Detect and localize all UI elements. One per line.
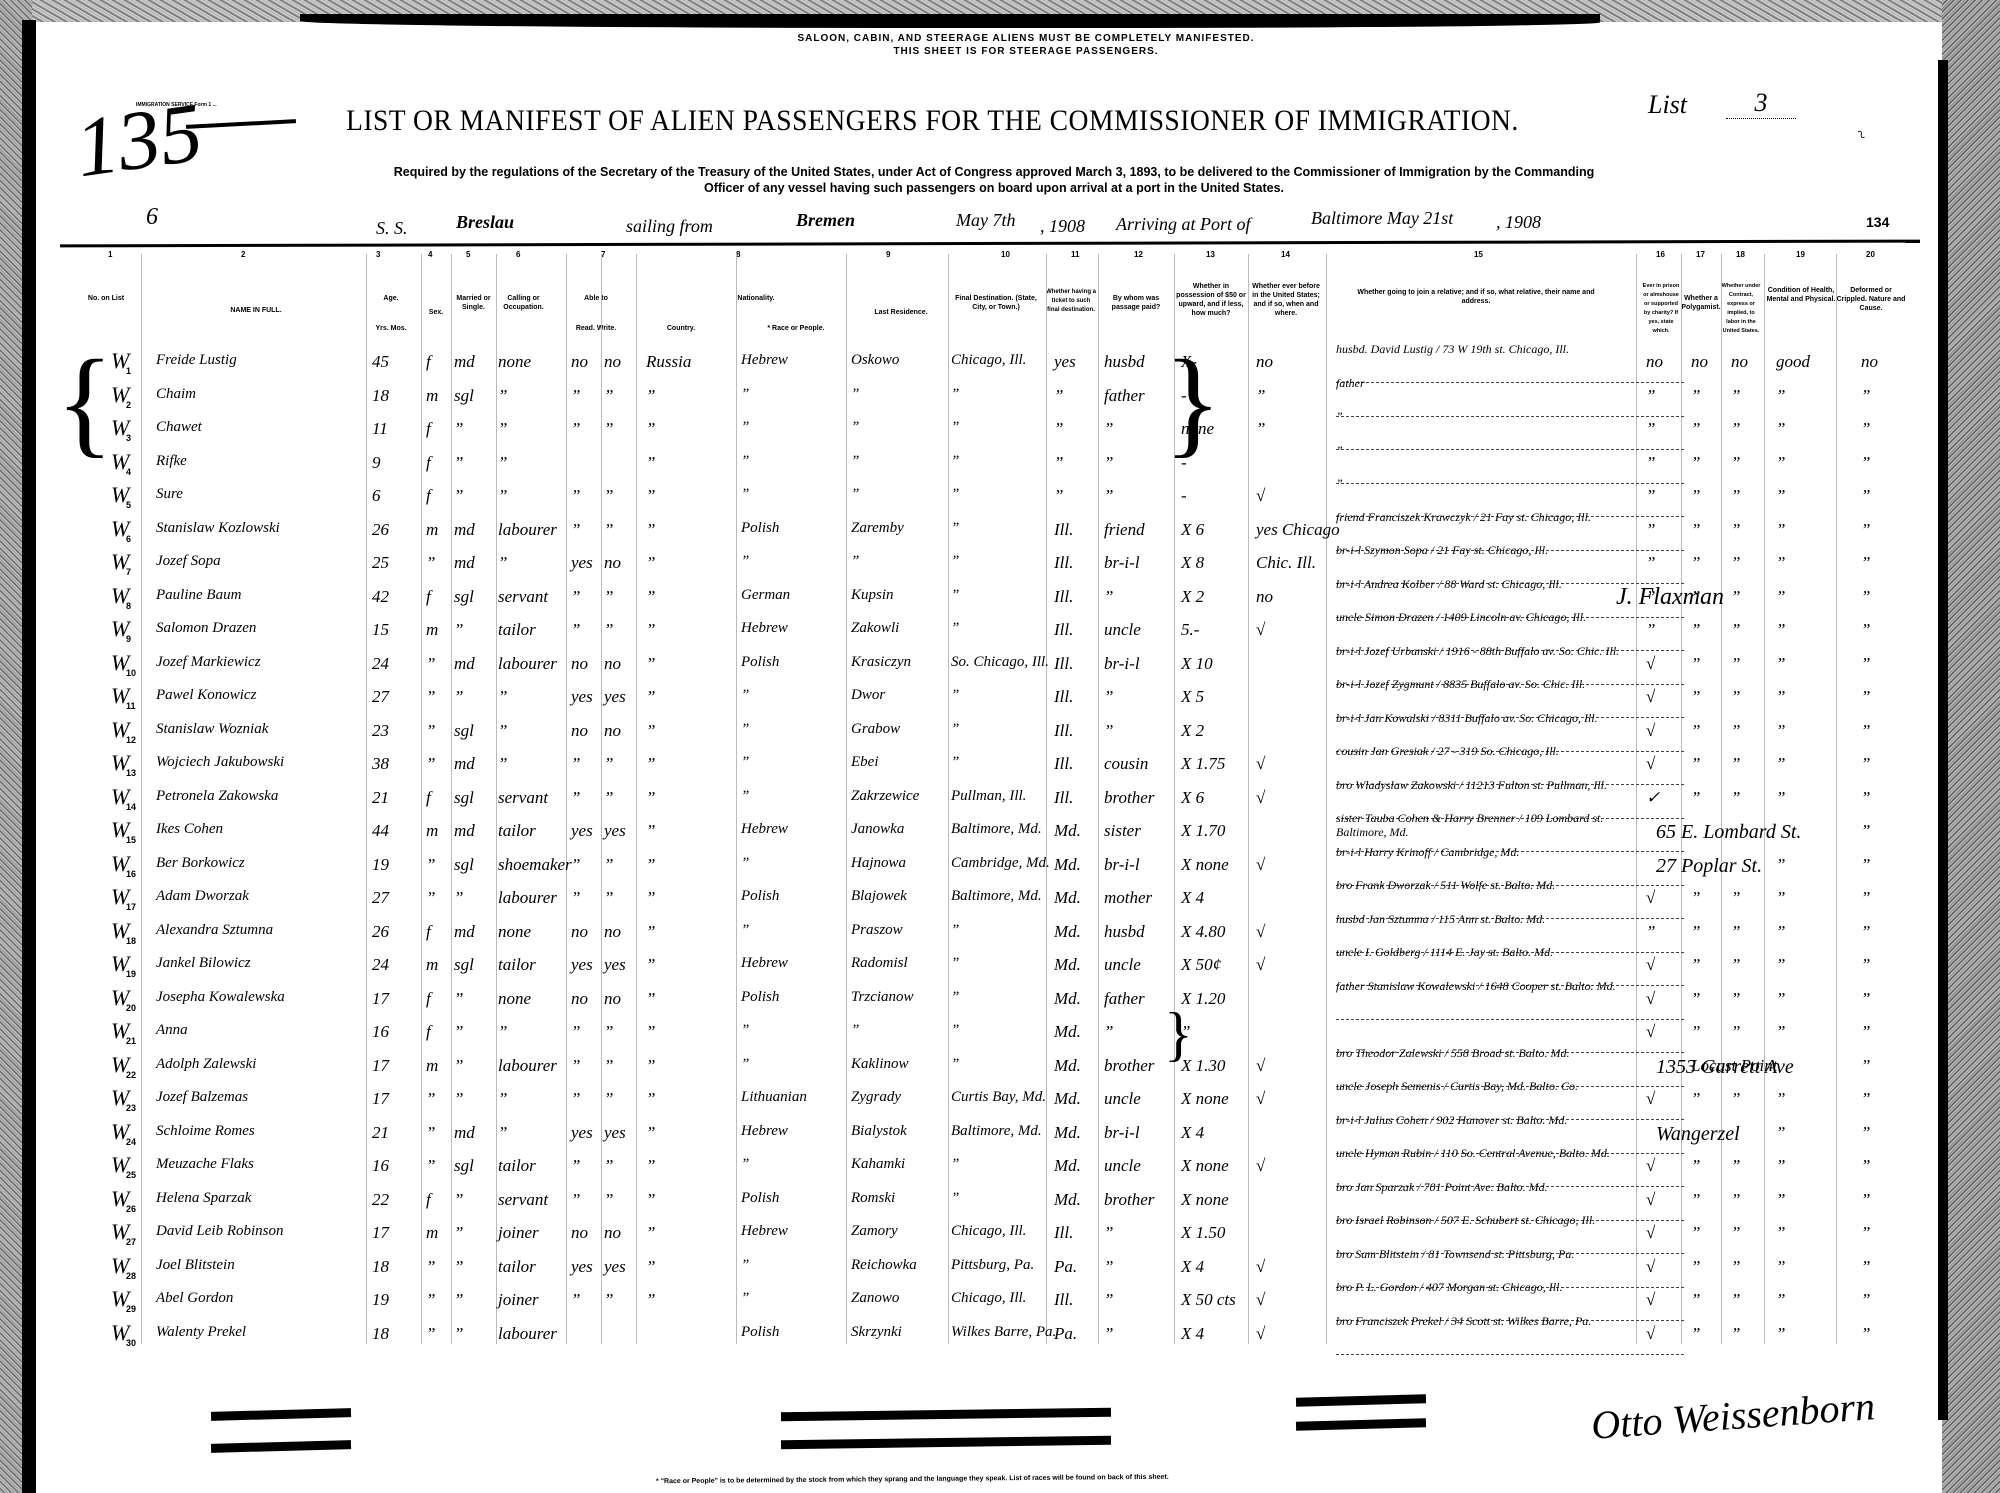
cell-residence: ”: [851, 486, 859, 503]
cell-destination: ”: [951, 1156, 959, 1173]
cell-before: √: [1256, 955, 1265, 975]
cell-name: Ber Borkowicz: [156, 855, 245, 872]
cell-read: yes: [571, 553, 593, 573]
cell-read: yes: [571, 687, 593, 707]
cell-paid: ”: [1104, 419, 1113, 439]
cell-write: yes: [604, 687, 626, 707]
cell-age: 9: [372, 453, 381, 473]
cell-paid: ”: [1104, 687, 1113, 707]
cell-no: 18: [126, 936, 136, 946]
cell-residence: Zamory: [851, 1223, 898, 1240]
cell-residence: Kupsin: [851, 587, 894, 604]
cell-sex: f: [426, 1022, 431, 1042]
cell-ticket: Md.: [1054, 989, 1081, 1009]
cell-age: 27: [372, 687, 389, 707]
cell-no: 13: [126, 768, 136, 778]
cell-race: Hebrew: [741, 821, 788, 838]
cell-married: ”: [454, 1022, 463, 1042]
cell-name: Abel Gordon: [156, 1290, 233, 1307]
cell-money: X 4: [1181, 888, 1204, 908]
table-row: W15Ikes Cohen44mmdtailoryesyes”HebrewJan…: [36, 821, 1936, 853]
cell-age: 16: [372, 1022, 389, 1042]
cell-p2: ”: [1691, 1022, 1700, 1042]
cell-married: ”: [454, 1223, 463, 1243]
cell-read: ”: [571, 587, 580, 607]
cell-paid: brother: [1104, 1056, 1154, 1076]
header-final-destination: Final Destination. (State, City, or Town…: [951, 294, 1041, 312]
cell-p3: ”: [1731, 386, 1740, 406]
cell-money: X 50 cts: [1181, 1290, 1236, 1310]
col-num: 17: [1696, 250, 1705, 259]
cell-occupation: ”: [498, 386, 507, 406]
cell-p1: ”: [1646, 620, 1655, 640]
cell-p2: ”: [1691, 1156, 1700, 1176]
cell-before: √: [1256, 620, 1265, 640]
cell-no: 10: [126, 668, 136, 678]
table-row: W21Anna16f””””””””Md.””√””””: [36, 1022, 1936, 1054]
cell-ticket: Ill.: [1054, 654, 1073, 674]
table-row: W28Joel Blitstein18””tailoryesyes””Reich…: [36, 1257, 1936, 1289]
cell-country: ”: [646, 1022, 655, 1042]
cell-ticket: Ill.: [1054, 1223, 1073, 1243]
cell-residence: ”: [851, 419, 859, 436]
cell-ticket: Ill.: [1054, 721, 1073, 741]
cell-destination: ”: [951, 1190, 959, 1207]
cell-deformed: ”: [1861, 1257, 1870, 1277]
regulation-line-2: Officer of any vessel having such passen…: [124, 180, 1864, 196]
cell-paid: ”: [1104, 453, 1113, 473]
cell-money: X 10: [1181, 654, 1213, 674]
sailing-year: , 1908: [1040, 216, 1085, 237]
cell-p1: ”: [1646, 453, 1655, 473]
cell-deformed: ”: [1861, 922, 1870, 942]
cell-sex: m: [426, 620, 438, 640]
cell-read: ”: [571, 1156, 580, 1176]
cell-deformed: ”: [1861, 453, 1870, 473]
cell-destination: ”: [951, 922, 959, 939]
cell-sex: m: [426, 821, 438, 841]
regulation-line-1: Required by the regulations of the Secre…: [124, 164, 1864, 180]
cell-relative: uncle Joseph Semenis / Curtis Bay, Md. B…: [1336, 1079, 1636, 1093]
cell-age: 17: [372, 1056, 389, 1076]
table-row: W22Adolph Zalewski17m”labourer””””Kaklin…: [36, 1056, 1936, 1088]
family-brace: }: [1164, 342, 1222, 462]
col-num: 9: [886, 250, 890, 259]
cell-race: ”: [741, 1022, 749, 1039]
cell-residence: Hajnowa: [851, 855, 906, 872]
cell-p2: ”: [1691, 419, 1700, 439]
column-numbers: 1 2 3 4 5 6 7 8 9 10 11 12 13 14 15 16 1…: [36, 250, 1936, 264]
cell-p2: ”: [1691, 654, 1700, 674]
header-ticket: Whether having a ticket to such final de…: [1046, 288, 1096, 315]
cell-residence: Blajowek: [851, 888, 907, 905]
cell-married: ”: [454, 1190, 463, 1210]
cell-p3: ”: [1731, 1324, 1740, 1344]
table-row: W18Alexandra Sztumna26fmdnonenono””Prasz…: [36, 922, 1936, 954]
cell-age: 15: [372, 620, 389, 640]
cell-read: no: [571, 922, 588, 942]
cell-name: Joel Blitstein: [156, 1257, 235, 1274]
page-number: 134: [1866, 214, 1889, 230]
cell-deformed: ”: [1861, 386, 1870, 406]
cell-write: ”: [604, 419, 613, 439]
cell-sex: ”: [426, 888, 435, 908]
cell-sex: f: [426, 788, 431, 808]
cell-occupation: labourer: [498, 1056, 557, 1076]
table-row: W6Stanislaw Kozlowski26mmdlabourer”””Pol…: [36, 520, 1936, 552]
cell-paid: uncle: [1104, 1089, 1141, 1109]
cell-race: Hebrew: [741, 1123, 788, 1140]
cell-married: ”: [454, 453, 463, 473]
end-bar: [781, 1436, 1111, 1450]
cell-health: ”: [1776, 754, 1785, 774]
cell-occupation: servant: [498, 788, 548, 808]
end-bar: [1296, 1418, 1426, 1430]
header-money: Whether in possession of $50 or upward, …: [1176, 282, 1246, 318]
cell-read: yes: [571, 955, 593, 975]
cell-money: X 2: [1181, 587, 1204, 607]
cell-paid: br-i-l: [1104, 654, 1140, 674]
end-bar: [781, 1408, 1111, 1422]
cell-destination: ”: [951, 587, 959, 604]
cell-destination: Chicago, Ill.: [951, 352, 1026, 369]
sailing-date: May 7th: [956, 210, 1015, 231]
cell-name: Chawet: [156, 419, 202, 436]
cell-sex: ”: [426, 855, 435, 875]
cell-race: ”: [741, 419, 749, 436]
cell-residence: Praszow: [851, 922, 903, 939]
cell-country: ”: [646, 1190, 655, 1210]
cell-p2: ”: [1691, 888, 1700, 908]
cell-health: ”: [1776, 1022, 1785, 1042]
cell-deformed: ”: [1861, 989, 1870, 1009]
cell-money: X 1.75: [1181, 754, 1225, 774]
header-no-on-list: No. on List: [86, 294, 126, 303]
cell-p3: ”: [1731, 520, 1740, 540]
top-notice-line-2: THIS SHEET IS FOR STEERAGE PASSENGERS.: [676, 45, 1376, 58]
cell-p1: √: [1646, 1223, 1655, 1243]
cell-paid: husbd: [1104, 922, 1145, 942]
cell-before: √: [1256, 1290, 1265, 1310]
cell-relative: husbd. David Lustig / 73 W 19th st. Chic…: [1336, 342, 1636, 356]
cell-health: ”: [1776, 1223, 1785, 1243]
cell-p1: ✓: [1646, 788, 1660, 808]
cell-race: ”: [741, 386, 749, 403]
cell-sex: ”: [426, 1324, 435, 1344]
cell-occupation: tailor: [498, 1156, 536, 1176]
cell-write: ”: [604, 754, 613, 774]
cell-relative: father Stanislaw Kowalewski / 1648 Coope…: [1336, 979, 1636, 993]
cell-race: ”: [741, 1257, 749, 1274]
cell-country: ”: [646, 1257, 655, 1277]
cell-occupation: ”: [498, 419, 507, 439]
cell-relative: bro Wladyslaw Zakowski / 11213 Fulton st…: [1336, 778, 1636, 792]
cell-paid: friend: [1104, 520, 1145, 540]
cell-ticket: Md.: [1054, 1089, 1081, 1109]
table-row: W12Stanislaw Wozniak23”sgl”nono””Grabow”…: [36, 721, 1936, 753]
cell-name: David Leib Robinson: [156, 1223, 284, 1240]
table-row: W1Freide Lustig45fmdnonenonoRussiaHebrew…: [36, 352, 1936, 384]
cell-ticket: ”: [1054, 419, 1063, 439]
cell-read: ”: [571, 1089, 580, 1109]
cell-deformed: ”: [1861, 721, 1870, 741]
top-notice-line-1: SALOON, CABIN, AND STEERAGE ALIENS MUST …: [676, 32, 1376, 45]
cell-destination: ”: [951, 620, 959, 637]
header-polygamist: Whether a Polygamist.: [1681, 294, 1721, 312]
cell-p3: ”: [1731, 620, 1740, 640]
cell-race: Hebrew: [741, 620, 788, 637]
cell-name: Jozef Markiewicz: [156, 654, 261, 671]
cell-married: md: [454, 520, 475, 540]
cell-age: 42: [372, 587, 389, 607]
cell-residence: Zakrzewice: [851, 788, 919, 805]
table-row: W7Jozef Sopa25”md”yesno””””Ill.br-i-lX 8…: [36, 553, 1936, 585]
cell-ticket: Ill.: [1054, 587, 1073, 607]
cell-relative: uncle I. Goldberg / 1114 E. Jay st. Balt…: [1336, 945, 1636, 959]
cell-destination: ”: [951, 520, 959, 537]
cell-married: md: [454, 654, 475, 674]
cell-no: 25: [126, 1170, 136, 1180]
cell-paid: br-i-l: [1104, 855, 1140, 875]
cell-race: ”: [741, 687, 749, 704]
cell-no: 24: [126, 1137, 136, 1147]
cell-health: ”: [1776, 419, 1785, 439]
cell-name: Stanislaw Wozniak: [156, 721, 268, 738]
cell-read: ”: [571, 1290, 580, 1310]
cell-ticket: yes: [1054, 352, 1076, 372]
col-num: 18: [1736, 250, 1745, 259]
cell-married: sgl: [454, 386, 474, 406]
end-bar: [1296, 1394, 1426, 1406]
cell-name: Chaim: [156, 386, 196, 403]
cell-race: ”: [741, 486, 749, 503]
cell-destination: Chicago, Ill.: [951, 1223, 1026, 1240]
cell-p2: Locust Point: [1691, 1056, 1777, 1076]
cell-sex: f: [426, 453, 431, 473]
cell-residence: Bialystok: [851, 1123, 907, 1140]
cell-residence: Grabow: [851, 721, 900, 738]
cell-write: ”: [604, 855, 613, 875]
cell-married: ”: [454, 989, 463, 1009]
top-notice: SALOON, CABIN, AND STEERAGE ALIENS MUST …: [676, 32, 1376, 58]
header-married: Married or Single.: [451, 294, 496, 312]
cell-p1: √: [1646, 1257, 1655, 1277]
cell-country: ”: [646, 1156, 655, 1176]
cell-money: X 1.70: [1181, 821, 1225, 841]
cell-read: ”: [571, 788, 580, 808]
cell-destination: ”: [951, 955, 959, 972]
manifest-sheet: SALOON, CABIN, AND STEERAGE ALIENS MUST …: [36, 24, 1940, 1484]
end-bar: [211, 1408, 351, 1421]
cell-p2: ”: [1691, 386, 1700, 406]
cell-occupation: joiner: [498, 1223, 539, 1243]
cell-name: Rifke: [156, 453, 187, 470]
cell-country: ”: [646, 620, 655, 640]
cell-married: ”: [454, 1290, 463, 1310]
cell-residence: ”: [851, 553, 859, 570]
cell-ticket: ”: [1054, 386, 1063, 406]
col-num: 13: [1206, 250, 1215, 259]
cell-before: √: [1256, 788, 1265, 808]
cell-occupation: tailor: [498, 955, 536, 975]
cell-write: no: [604, 922, 621, 942]
cell-married: ”: [454, 486, 463, 506]
table-row: W10Jozef Markiewicz24”mdlabourernono”Pol…: [36, 654, 1936, 686]
cell-country: ”: [646, 453, 655, 473]
cell-deformed: ”: [1861, 587, 1870, 607]
cell-health: ”: [1776, 520, 1785, 540]
cell-health: ”: [1776, 989, 1785, 1009]
cell-age: 22: [372, 1190, 389, 1210]
cell-no: 15: [126, 835, 136, 845]
cell-money: 5.-: [1181, 620, 1199, 640]
cell-country: ”: [646, 754, 655, 774]
cell-name: Stanislaw Kozlowski: [156, 520, 280, 537]
cell-sex: ”: [426, 1089, 435, 1109]
cell-health: ”: [1776, 553, 1785, 573]
cell-p3: ”: [1731, 1223, 1740, 1243]
cell-paid: ”: [1104, 1223, 1113, 1243]
cell-age: 24: [372, 654, 389, 674]
cell-destination: ”: [951, 1022, 959, 1039]
cell-relative: ”: [1336, 443, 1636, 457]
cell-age: 26: [372, 922, 389, 942]
col-num: 3: [376, 250, 380, 259]
cell-age: 6: [372, 486, 381, 506]
cell-paid: brother: [1104, 1190, 1154, 1210]
cell-p1: √: [1646, 721, 1655, 741]
cell-health: ”: [1776, 1089, 1785, 1109]
cell-deformed: ”: [1861, 955, 1870, 975]
cell-p2: ”: [1691, 687, 1700, 707]
cell-age: 45: [372, 352, 389, 372]
cell-relative: bro Jan Sparzak / 701 Point Ave. Balto. …: [1336, 1180, 1636, 1194]
cell-p1: ”: [1646, 386, 1655, 406]
cell-no: 20: [126, 1003, 136, 1013]
cell-write: ”: [604, 788, 613, 808]
cell-relative: br-i-l Harry Krinoff / Cambridge, Md.: [1336, 845, 1636, 859]
cell-p3: ”: [1731, 486, 1740, 506]
col-num: 5: [466, 250, 470, 259]
cell-name: Sure: [156, 486, 183, 503]
cell-relative: br-i-l Jan Kowalski / 8311 Buffalo av. S…: [1336, 711, 1636, 725]
header-prison: Ever in prison or almshouse or supported…: [1641, 282, 1681, 336]
cell-ticket: Md.: [1054, 1056, 1081, 1076]
cell-p3: ”: [1731, 955, 1740, 975]
cell-p2: ”: [1691, 1290, 1700, 1310]
cell-married: md: [454, 553, 475, 573]
cell-residence: Trzcianow: [851, 989, 914, 1006]
cell-p3: ”: [1731, 1089, 1740, 1109]
cell-p1: √: [1646, 687, 1655, 707]
cell-destination: Cambridge, Md.: [951, 855, 1050, 872]
cell-married: ”: [454, 1056, 463, 1076]
cell-sex: f: [426, 989, 431, 1009]
table-row: W25Meuzache Flaks16”sgltailor””””Kahamki…: [36, 1156, 1936, 1188]
cell-before: √: [1256, 1089, 1265, 1109]
cell-race: Polish: [741, 888, 779, 905]
cell-p1: ”: [1646, 922, 1655, 942]
cell-sex: ”: [426, 654, 435, 674]
cell-write: no: [604, 989, 621, 1009]
cell-married: md: [454, 922, 475, 942]
table-row: W30Walenty Prekel18””labourerPolishSkrzy…: [36, 1324, 1936, 1356]
cell-age: 23: [372, 721, 389, 741]
cell-health: ”: [1776, 1257, 1785, 1277]
cell-before: yes Chicago: [1256, 520, 1340, 540]
cell-destination: ”: [951, 754, 959, 771]
cell-residence: Kahamki: [851, 1156, 905, 1173]
cell-money: X none: [1181, 1190, 1229, 1210]
cell-read: no: [571, 989, 588, 1009]
cell-married: md: [454, 1123, 475, 1143]
cell-p1: √: [1646, 955, 1655, 975]
cell-relative: br-i-l Szymon Sopa / 21 Fay st. Chicago,…: [1336, 543, 1636, 557]
cell-p1: 65 E. Lombard St.: [1656, 821, 1801, 844]
cell-no: 30: [126, 1338, 136, 1348]
cell-deformed: ”: [1861, 1056, 1870, 1076]
cell-ticket: Ill.: [1054, 687, 1073, 707]
cell-deformed: ”: [1861, 754, 1870, 774]
cell-p1: ”: [1646, 486, 1655, 506]
cell-before: ”: [1256, 386, 1265, 406]
cell-sex: ”: [426, 553, 435, 573]
cell-health: ”: [1776, 620, 1785, 640]
cell-p3: ”: [1731, 721, 1740, 741]
cell-no: 4: [126, 467, 131, 477]
cell-no: 17: [126, 902, 136, 912]
cell-relative: bro Sam Blitstein / 81 Townsend st. Pitt…: [1336, 1247, 1636, 1261]
cell-occupation: ”: [498, 721, 507, 741]
cell-read: ”: [571, 620, 580, 640]
cell-country: ”: [646, 922, 655, 942]
cell-name: Salomon Drazen: [156, 620, 256, 637]
cell-residence: Zaremby: [851, 520, 904, 537]
cell-residence: Zygrady: [851, 1089, 901, 1106]
cell-destination: ”: [951, 386, 959, 403]
cell-age: 38: [372, 754, 389, 774]
cell-sex: m: [426, 1056, 438, 1076]
cell-name: Wojciech Jakubowski: [156, 754, 284, 771]
cell-country: ”: [646, 1123, 655, 1143]
cell-race: ”: [741, 788, 749, 805]
table-row: W29Abel Gordon19””joiner””””ZanowoChicag…: [36, 1290, 1936, 1322]
cell-destination: ”: [951, 721, 959, 738]
cell-race: Polish: [741, 1190, 779, 1207]
cell-relative: father: [1336, 376, 1636, 390]
cell-sex: ”: [426, 1156, 435, 1176]
cell-married: md: [454, 352, 475, 372]
cell-country: ”: [646, 520, 655, 540]
table-row: W20Josepha Kowalewska17f”nonenono”Polish…: [36, 989, 1936, 1021]
cell-p2: ”: [1691, 520, 1700, 540]
cell-occupation: ”: [498, 687, 507, 707]
cell-sex: f: [426, 419, 431, 439]
cell-residence: Romski: [851, 1190, 895, 1207]
cell-p3: ”: [1731, 1156, 1740, 1176]
cell-relative: cousin Jan Gresiak / 27 - 319 So. Chicag…: [1336, 744, 1636, 758]
col-num: 6: [516, 250, 520, 259]
cell-paid: uncle: [1104, 620, 1141, 640]
cell-write: ”: [604, 386, 613, 406]
cell-relative: sister Tauba Cohen & Harry Brenner / 109…: [1336, 811, 1636, 839]
cell-p3: ”: [1731, 1290, 1740, 1310]
cell-p1: √: [1646, 654, 1655, 674]
cell-name: Adam Dworzak: [156, 888, 249, 905]
cell-relative: br-i-l Jozef Urbanski / 1916 - 88th Buff…: [1336, 644, 1636, 658]
cell-race: Polish: [741, 1324, 779, 1341]
cell-no: 21: [126, 1036, 136, 1046]
